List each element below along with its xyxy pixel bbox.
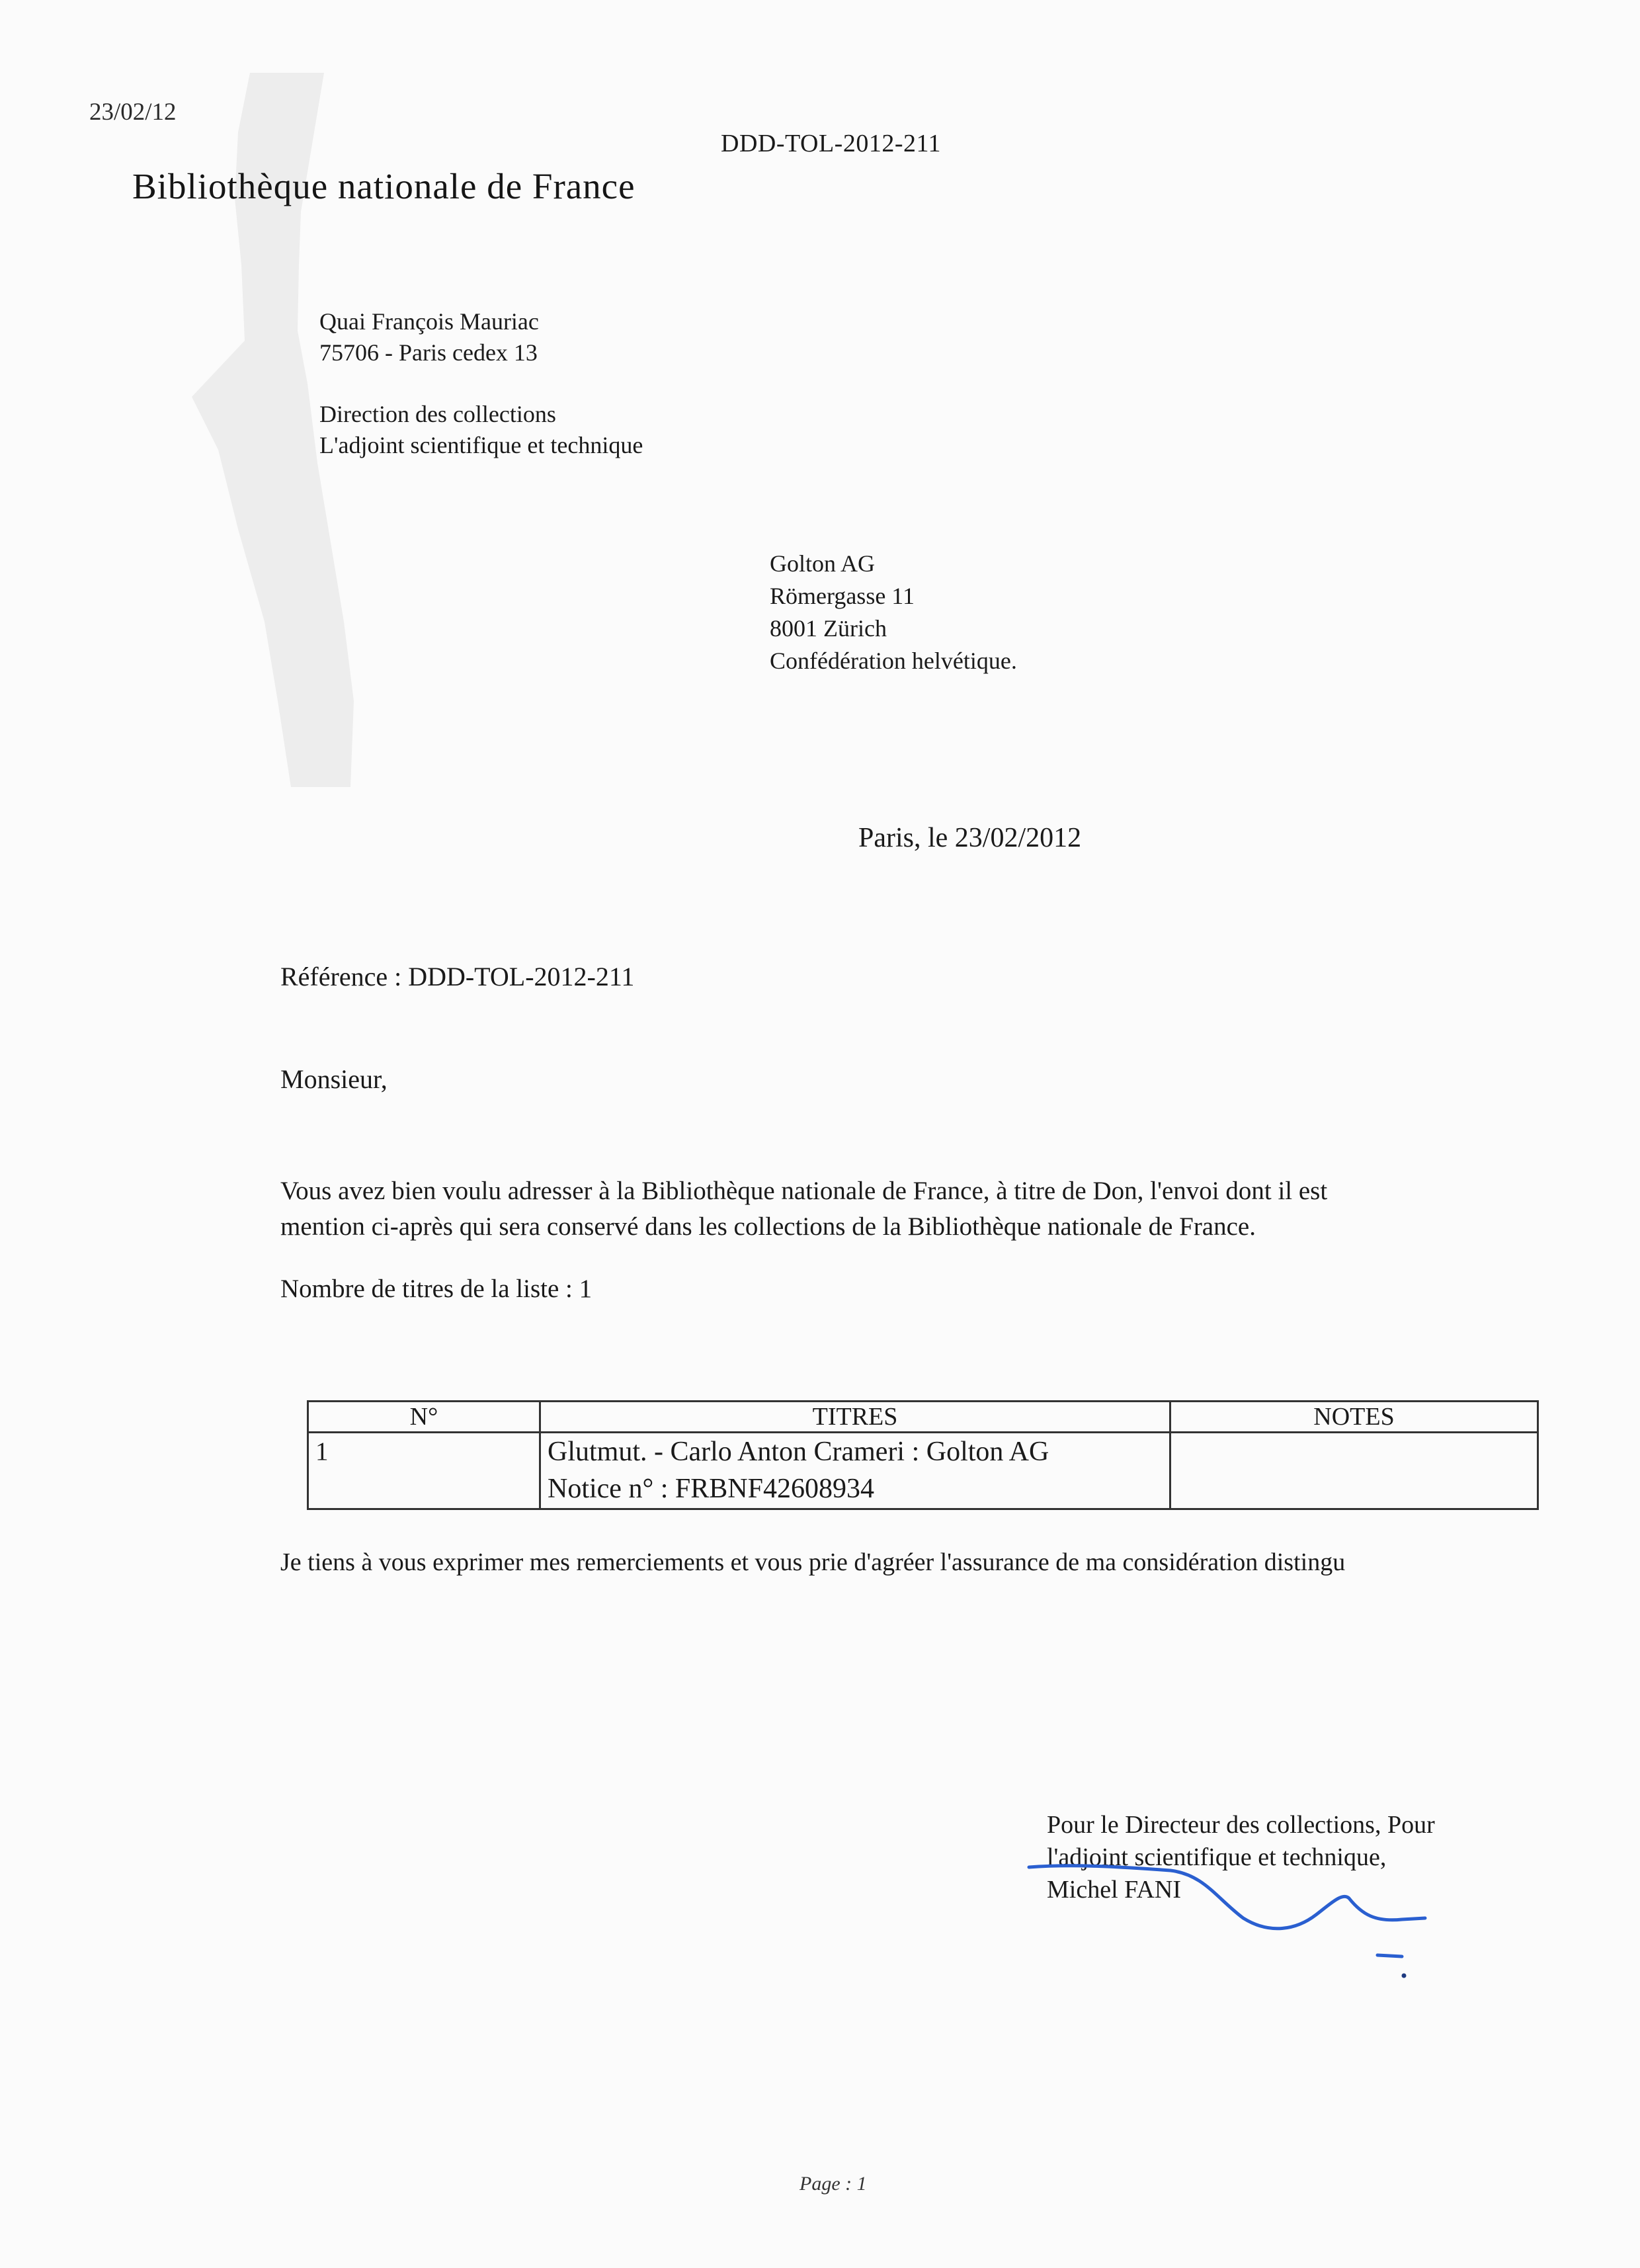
body-line-1: Vous avez bien voulu adresser à la Bibli… [280, 1173, 1327, 1209]
place-date: Paris, le 23/02/2012 [858, 822, 1081, 854]
reference-line: Référence : DDD-TOL-2012-211 [280, 961, 634, 992]
row-number: 1 [308, 1433, 540, 1509]
signature-line1: Pour le Directeur des collections, Pour [1047, 1809, 1435, 1841]
titles-table: N° TITRES NOTES 1 Glutmut. - Carlo Anton… [307, 1400, 1539, 1510]
sender-position: L'adjoint scientifique et technique [319, 430, 643, 461]
header-notes: NOTES [1170, 1402, 1538, 1433]
header-titles: TITRES [540, 1402, 1170, 1433]
sender-block: Quai François Mauriac 75706 - Paris cede… [319, 306, 643, 461]
recipient-street: Römergasse 11 [770, 580, 1017, 612]
row-title-line1: Glutmut. - Carlo Anton Crameri : Golton … [548, 1433, 1163, 1470]
row-title-line2: Notice n° : FRBNF42608934 [548, 1470, 1163, 1507]
recipient-name: Golton AG [770, 548, 1017, 580]
recipient-block: Golton AG Römergasse 11 8001 Zürich Conf… [770, 548, 1017, 677]
sender-address-line2: 75706 - Paris cedex 13 [319, 337, 643, 368]
closing-line: Je tiens à vous exprimer mes remerciemen… [280, 1548, 1345, 1577]
page-number: Page : 1 [799, 2173, 867, 2195]
salutation: Monsieur, [280, 1064, 388, 1095]
organization-name: Bibliothèque nationale de France [132, 165, 635, 207]
body-line-2: mention ci-après qui sera conservé dans … [280, 1209, 1327, 1245]
recipient-city: 8001 Zürich [770, 612, 1017, 645]
reference-code-header: DDD-TOL-2012-211 [721, 129, 941, 158]
sender-department: Direction des collections [319, 399, 643, 430]
recipient-country: Confédération helvétique. [770, 645, 1017, 677]
sender-address-line1: Quai François Mauriac [319, 306, 643, 337]
body-paragraph: Vous avez bien voulu adresser à la Bibli… [280, 1173, 1327, 1245]
titles-count: Nombre de titres de la liste : 1 [280, 1274, 592, 1304]
handwritten-signature-icon [1018, 1852, 1481, 2004]
header-number: N° [308, 1402, 540, 1433]
row-notes [1170, 1433, 1538, 1509]
row-title: Glutmut. - Carlo Anton Crameri : Golton … [540, 1433, 1170, 1509]
table-header-row: N° TITRES NOTES [308, 1402, 1538, 1433]
table-row: 1 Glutmut. - Carlo Anton Crameri : Golto… [308, 1433, 1538, 1509]
scan-date: 23/02/12 [89, 98, 177, 126]
